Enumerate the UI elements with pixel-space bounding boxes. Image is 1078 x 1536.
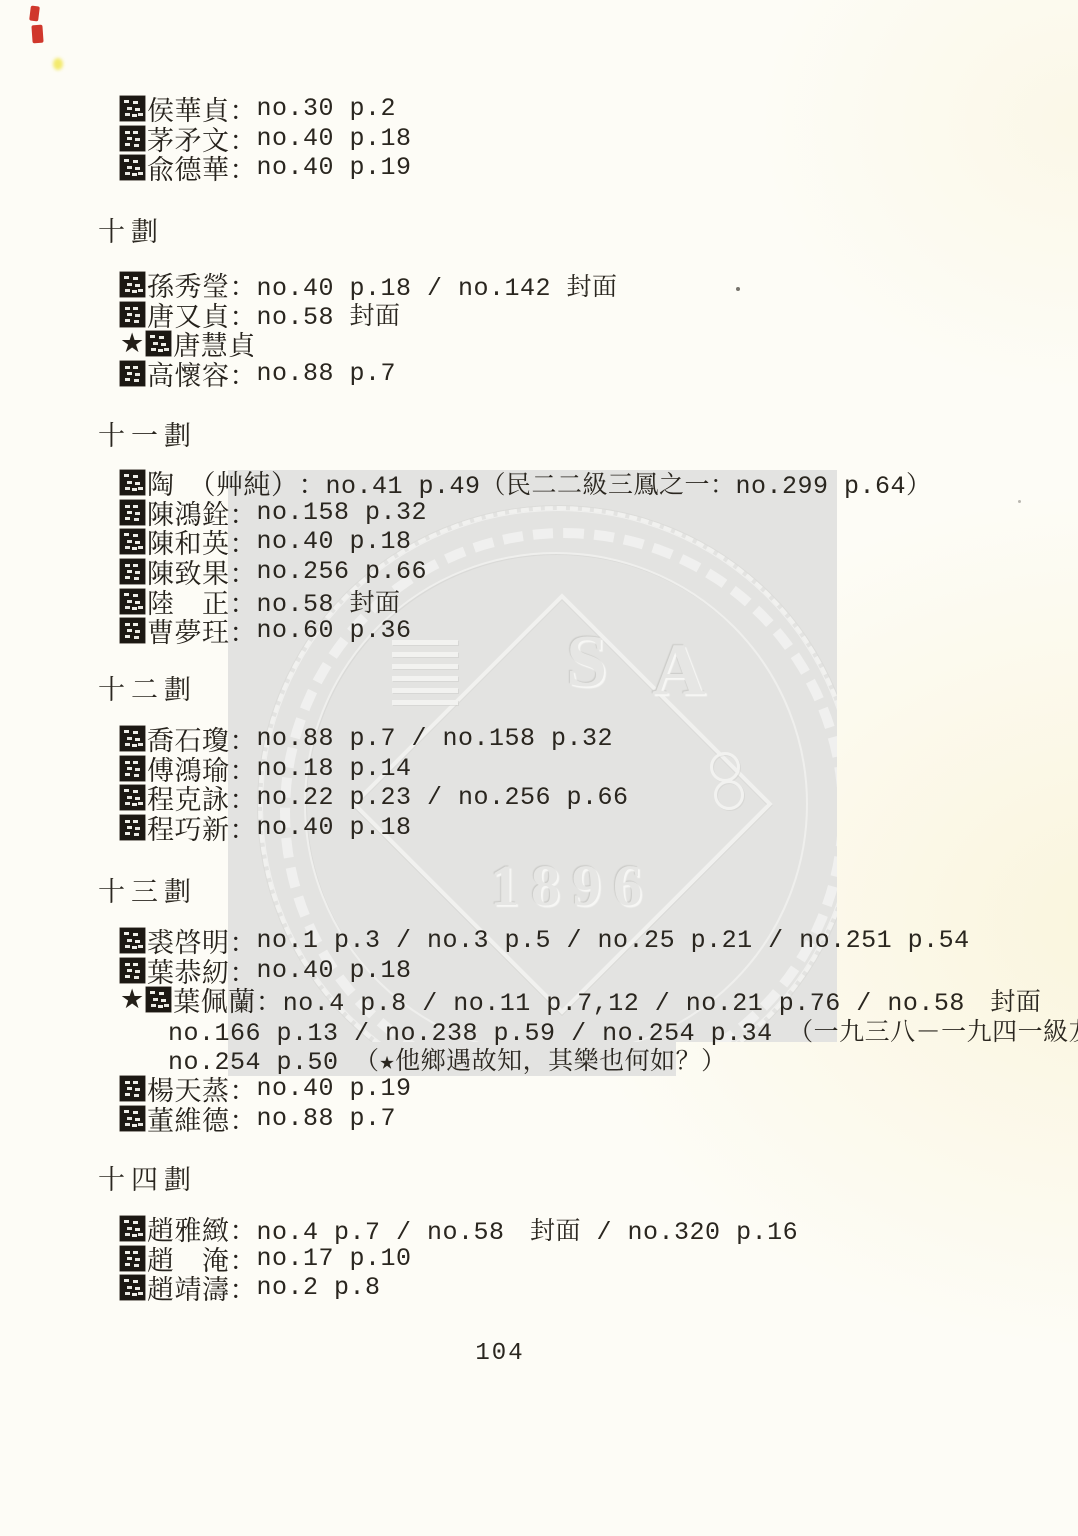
red-ink-mark <box>29 6 40 22</box>
entry-refs: no.41 p.49（民二二級三鳳之一：no.299 p.64） <box>326 465 932 501</box>
index-entry: 楊天蒸 ：no.40 p.19 <box>120 1074 1078 1104</box>
index-entry: 曹夢玨 ：no.60 p.36 <box>120 616 932 646</box>
seal-stamp-icon <box>120 1275 145 1300</box>
seal-stamp-icon <box>120 785 145 810</box>
seal-stamp-icon <box>120 1076 145 1101</box>
entry-refs: no.40 p.19 <box>257 153 412 182</box>
entry-continuation: no.254 p.50 （★他鄉遇故知，其樂也何如？） <box>120 1044 1078 1074</box>
entry-name: 兪德華 <box>147 148 230 187</box>
seal-stamp-icon <box>120 1106 145 1131</box>
seal-stamp-icon <box>120 1246 145 1271</box>
text-layer: 侯華貞 ：no.30 p.2 茅矛文 ：no.40 p.18 兪德華 ：no.4… <box>0 0 1078 1536</box>
index-entry: 程巧新 ：no.40 p.18 <box>120 813 629 843</box>
entry-colon: ： <box>230 148 257 187</box>
entry-refs: no.22 p.23 / no.256 p.66 <box>257 783 629 812</box>
dust-speck <box>736 287 740 291</box>
seal-stamp-icon <box>120 958 145 983</box>
index-entry: 裘啓明 ：no.1 p.3 / no.3 p.5 / no.25 p.21 / … <box>120 926 1078 956</box>
entry-name: 程巧新 <box>147 808 230 847</box>
stroke-section-entries: 裘啓明 ：no.1 p.3 / no.3 p.5 / no.25 p.21 / … <box>120 926 1078 1133</box>
index-entry: 董維德 ：no.88 p.7 <box>120 1104 1078 1134</box>
seal-stamp-icon <box>120 815 145 840</box>
stroke-section-entries: 陶 （艸純） ：no.41 p.49（民二二級三鳳之一：no.299 p.64）… <box>120 468 932 646</box>
seal-stamp-icon <box>120 589 145 614</box>
entry-refs: no.4 p.7 / no.58 封面 / no.320 p.16 <box>257 1211 799 1247</box>
index-entry: 兪德華 ：no.40 p.19 <box>120 153 412 183</box>
entry-colon: ： <box>230 1268 257 1307</box>
seal-stamp-icon <box>120 302 145 327</box>
stroke-section-entries: 喬石瓊 ：no.88 p.7 / no.158 p.32 傅鴻瑜 ：no.18 … <box>120 724 629 842</box>
stroke-section-header: 十三劃 <box>98 870 197 909</box>
dust-speck <box>585 290 588 295</box>
index-entry: ★ 葉佩蘭 ：no.4 p.8 / no.11 p.7,12 / no.21 p… <box>120 985 1078 1015</box>
star-icon: ★ <box>120 330 144 357</box>
seal-stamp-icon <box>146 331 171 356</box>
seal-stamp-icon <box>120 500 145 525</box>
stroke-section-header: 十二劃 <box>98 668 197 707</box>
seal-stamp-icon <box>120 529 145 554</box>
stroke-section-header: 十四劃 <box>98 1158 197 1197</box>
dust-speck <box>1018 500 1021 503</box>
entry-refs: no.1 p.3 / no.3 p.5 / no.25 p.21 / no.25… <box>257 926 970 955</box>
seal-stamp-icon <box>120 272 145 297</box>
stroke-section-entries: 趙雅緻 ：no.4 p.7 / no.58 封面 / no.320 p.16 趙… <box>120 1214 798 1303</box>
entry-name: 高懷容 <box>147 354 230 393</box>
seal-stamp-icon <box>120 470 145 495</box>
entry-name: 曹夢玨 <box>147 611 230 650</box>
entry-refs: no.88 p.7 / no.158 p.32 <box>257 724 614 753</box>
entry-refs: no.2 p.8 <box>257 1273 381 1302</box>
entry-name: 董維德 <box>147 1099 230 1138</box>
seal-stamp-icon <box>120 126 145 151</box>
lead-entries: 侯華貞 ：no.30 p.2 茅矛文 ：no.40 p.18 兪德華 ：no.4… <box>120 94 412 183</box>
entry-refs: no.40 p.18 <box>257 527 412 556</box>
seal-stamp-icon <box>120 618 145 643</box>
entry-colon: ： <box>230 808 257 847</box>
entry-refs: no.60 p.36 <box>257 616 412 645</box>
seal-stamp-icon <box>120 361 145 386</box>
entry-colon: ： <box>299 463 326 502</box>
entry-colon: ： <box>230 611 257 650</box>
seal-stamp-icon <box>120 726 145 751</box>
entry-colon: ： <box>230 1099 257 1138</box>
index-entry: 高懷容 ：no.88 p.7 <box>120 359 618 389</box>
red-ink-mark <box>31 25 43 44</box>
entry-refs: no.40 p.19 <box>257 1074 412 1103</box>
seal-stamp-icon <box>120 1216 145 1241</box>
seal-stamp-icon <box>146 987 171 1012</box>
entry-refs: no.88 p.7 <box>257 359 397 388</box>
seal-stamp-icon <box>120 756 145 781</box>
entry-refs: no.158 p.32 <box>257 498 428 527</box>
index-entry: 趙靖濤 ：no.2 p.8 <box>120 1273 798 1303</box>
entry-refs: no.30 p.2 <box>257 94 397 123</box>
stroke-section-header: 十劃 <box>98 210 164 249</box>
page-number: 104 <box>0 1340 1000 1367</box>
yellow-speck <box>53 58 63 70</box>
scanned-page: S A 1896 侯華貞 ：no.30 p.2 茅矛文 ：no.40 p.18 … <box>0 0 1078 1536</box>
seal-stamp-icon <box>120 96 145 121</box>
entry-refs: no.40 p.18 <box>257 813 412 842</box>
seal-stamp-icon <box>120 155 145 180</box>
seal-stamp-icon <box>120 559 145 584</box>
star-icon: ★ <box>120 986 144 1013</box>
entry-continuation: no.166 p.13 / no.238 p.59 / no.254 p.34 … <box>120 1015 1078 1045</box>
entry-refs: no.17 p.10 <box>257 1244 412 1273</box>
entry-refs: no.18 p.14 <box>257 754 412 783</box>
seal-stamp-icon <box>120 928 145 953</box>
entry-refs: no.88 p.7 <box>257 1104 397 1133</box>
entry-refs: no.256 p.66 <box>257 557 428 586</box>
entry-colon: ： <box>230 354 257 393</box>
entry-name: 趙靖濤 <box>147 1268 230 1307</box>
stroke-section-entries: 孫秀瑩 ：no.40 p.18 / no.142 封面 唐又貞 ：no.58 封… <box>120 270 618 388</box>
stroke-section-header: 十一劃 <box>98 414 197 453</box>
entry-refs: no.40 p.18 <box>257 124 412 153</box>
entry-refs: no.58 封面 <box>257 583 401 619</box>
entry-refs: no.58 封面 <box>257 296 401 332</box>
